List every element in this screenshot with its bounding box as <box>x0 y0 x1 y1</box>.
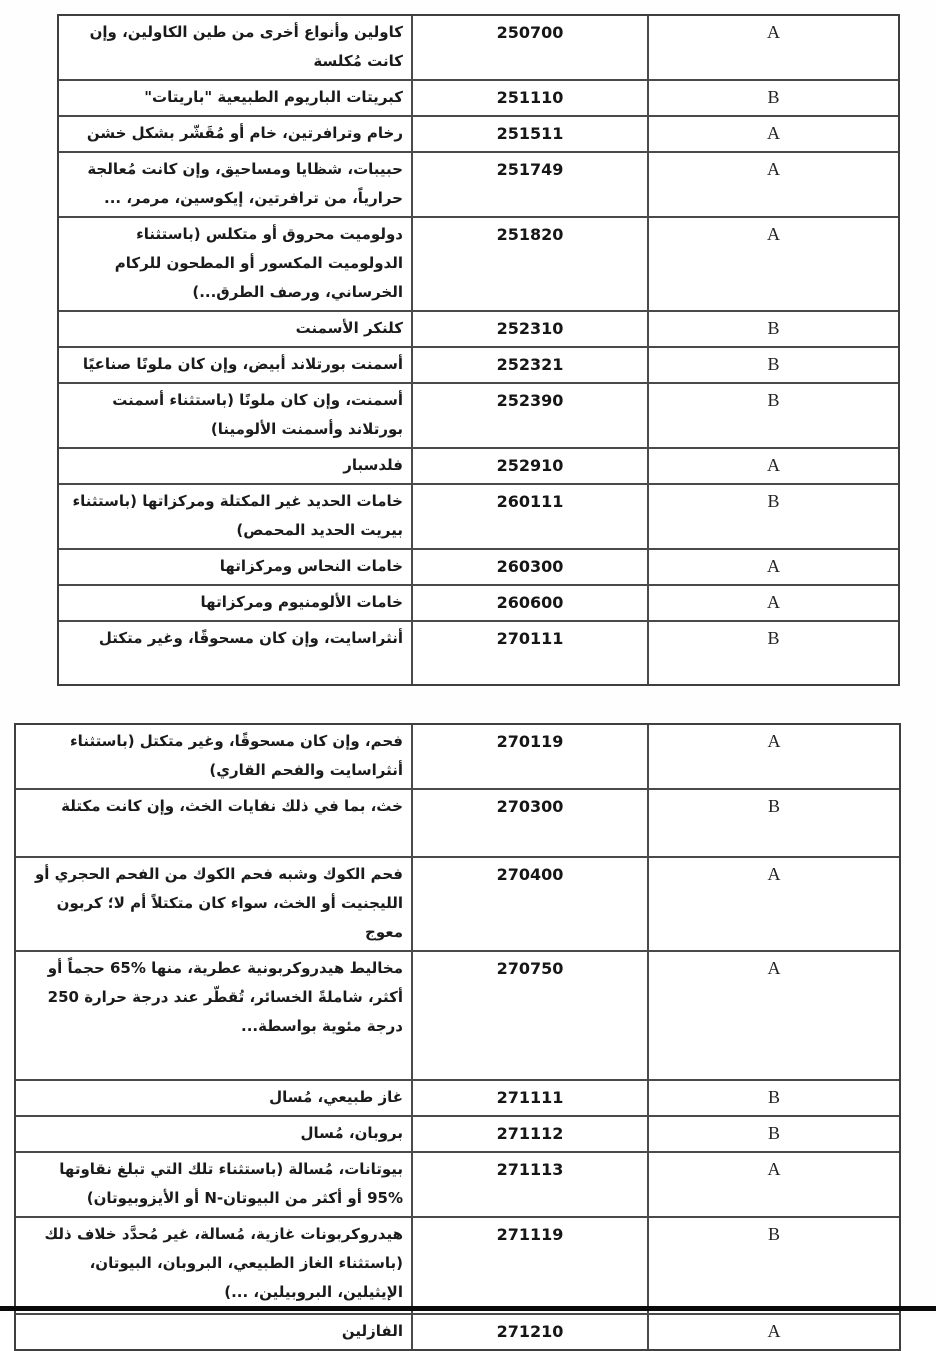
table-row: خامات الحديد غير المكتلة ومركزاتها (باست… <box>59 485 898 550</box>
table-row: فحم الكوك وشبه فحم الكوك من الفحم الحجري… <box>16 858 899 952</box>
table-row: دولوميت محروق أو متكلس (باستثناء الدولوم… <box>59 218 898 312</box>
category-letter: B <box>649 1218 899 1313</box>
category-letter: B <box>649 81 898 115</box>
category-letter: A <box>649 153 898 216</box>
category-letter: B <box>649 485 898 548</box>
hs-code: 270111 <box>411 622 649 684</box>
commodity-description: كاولين وأنواع أخرى من طين الكاولين، وإن … <box>59 16 411 79</box>
document-page: كاولين وأنواع أخرى من طين الكاولين، وإن … <box>0 0 936 1318</box>
commodity-description: فحم الكوك وشبه فحم الكوك من الفحم الحجري… <box>16 858 411 950</box>
category-letter: A <box>649 449 898 483</box>
hs-code: 270119 <box>411 725 649 788</box>
hs-code: 252390 <box>411 384 649 447</box>
hs-code: 271113 <box>411 1153 649 1216</box>
category-letter: B <box>649 1117 899 1151</box>
hs-code: 251110 <box>411 81 649 115</box>
hs-code: 260600 <box>411 586 649 620</box>
table-row: أنثراسايت، وإن كان مسحوقًا، وغير متكتل27… <box>59 622 898 684</box>
commodity-description: بروبان، مُسال <box>16 1117 411 1151</box>
table-row: خامات النحاس ومركزاتها260300A <box>59 550 898 586</box>
category-letter: B <box>649 384 898 447</box>
category-letter: A <box>649 1153 899 1216</box>
hs-code: 252321 <box>411 348 649 382</box>
table-row: كاولين وأنواع أخرى من طين الكاولين، وإن … <box>59 16 898 81</box>
table-row: كبريتات الباريوم الطبيعية "باريتات"25111… <box>59 81 898 117</box>
table-row: بيوتانات، مُسالة (باستثناء تلك التي تبلغ… <box>16 1153 899 1218</box>
category-letter: A <box>649 550 898 584</box>
hs-code: 270400 <box>411 858 649 950</box>
commodity-description: رخام وترافرتين، خام أو مُقَشّر بشكل خشن <box>59 117 411 151</box>
table-row: أسمنت بورتلاند أبيض، وإن كان ملونًا صناع… <box>59 348 898 384</box>
table-row: رخام وترافرتين، خام أو مُقَشّر بشكل خشن2… <box>59 117 898 153</box>
category-letter: A <box>649 586 898 620</box>
category-letter: A <box>649 117 898 151</box>
commodity-description: دولوميت محروق أو متكلس (باستثناء الدولوم… <box>59 218 411 310</box>
table-row: غاز طبيعي، مُسال271111B <box>16 1081 899 1117</box>
category-letter: B <box>649 622 898 684</box>
table-row: هيدروكربونات غازية، مُسالة، غير مُحدَّد … <box>16 1218 899 1315</box>
commodity-description: فلدسبار <box>59 449 411 483</box>
hs-code: 271119 <box>411 1218 649 1313</box>
commodity-description: خامات الحديد غير المكتلة ومركزاتها (باست… <box>59 485 411 548</box>
hs-code: 270300 <box>411 790 649 856</box>
hs-code: 270750 <box>411 952 649 1079</box>
category-letter: A <box>649 952 899 1079</box>
table-row: كلنكر الأسمنت252310B <box>59 312 898 348</box>
commodity-description: خامات النحاس ومركزاتها <box>59 550 411 584</box>
hs-code: 252910 <box>411 449 649 483</box>
hs-code: 251820 <box>411 218 649 310</box>
table-row: خامات الألومنيوم ومركزاتها260600A <box>59 586 898 622</box>
category-letter: B <box>649 348 898 382</box>
commodity-description: حبيبات، شظايا ومساحيق، وإن كانت مُعالجة … <box>59 153 411 216</box>
category-letter: B <box>649 790 899 856</box>
commodity-description: خث، بما في ذلك نفايات الخث، وإن كانت مكت… <box>16 790 411 856</box>
commodity-description: كلنكر الأسمنت <box>59 312 411 346</box>
page-bottom-rule <box>0 1306 936 1311</box>
hs-code: 250700 <box>411 16 649 79</box>
commodity-description: غاز طبيعي، مُسال <box>16 1081 411 1115</box>
commodity-description: هيدروكربونات غازية، مُسالة، غير مُحدَّد … <box>16 1218 411 1313</box>
hs-code: 251511 <box>411 117 649 151</box>
commodity-description: أسمنت بورتلاند أبيض، وإن كان ملونًا صناع… <box>59 348 411 382</box>
hs-code-table-bottom: فحم، وإن كان مسحوقًا، وغير متكتل (باستثن… <box>14 723 901 1318</box>
hs-code: 271112 <box>411 1117 649 1151</box>
category-letter: B <box>649 1081 899 1115</box>
commodity-description: أسمنت، وإن كان ملونًا (باستثناء أسمنت بو… <box>59 384 411 447</box>
commodity-description: خامات الألومنيوم ومركزاتها <box>59 586 411 620</box>
commodity-description: مخاليط هيدروكربونية عطرية، منها %65 حجما… <box>16 952 411 1079</box>
commodity-description: كبريتات الباريوم الطبيعية "باريتات" <box>59 81 411 115</box>
table-row: مخاليط هيدروكربونية عطرية، منها %65 حجما… <box>16 952 899 1081</box>
table-row: حبيبات، شظايا ومساحيق، وإن كانت مُعالجة … <box>59 153 898 218</box>
table-row: فحم، وإن كان مسحوقًا، وغير متكتل (باستثن… <box>16 725 899 790</box>
hs-code-table-top: كاولين وأنواع أخرى من طين الكاولين، وإن … <box>57 14 900 686</box>
table-row: أسمنت، وإن كان ملونًا (باستثناء أسمنت بو… <box>59 384 898 449</box>
commodity-description: أنثراسايت، وإن كان مسحوقًا، وغير متكتل <box>59 622 411 684</box>
hs-code: 251749 <box>411 153 649 216</box>
hs-code: 271111 <box>411 1081 649 1115</box>
category-letter: A <box>649 218 898 310</box>
table-row: بروبان، مُسال271112B <box>16 1117 899 1153</box>
category-letter: A <box>649 858 899 950</box>
commodity-description: فحم، وإن كان مسحوقًا، وغير متكتل (باستثن… <box>16 725 411 788</box>
hs-code: 260111 <box>411 485 649 548</box>
category-letter: B <box>649 312 898 346</box>
category-letter: A <box>649 725 899 788</box>
hs-code: 252310 <box>411 312 649 346</box>
category-letter: A <box>649 16 898 79</box>
hs-code: 260300 <box>411 550 649 584</box>
table-row: فلدسبار252910A <box>59 449 898 485</box>
table-row: خث، بما في ذلك نفايات الخث، وإن كانت مكت… <box>16 790 899 858</box>
commodity-description: بيوتانات، مُسالة (باستثناء تلك التي تبلغ… <box>16 1153 411 1216</box>
